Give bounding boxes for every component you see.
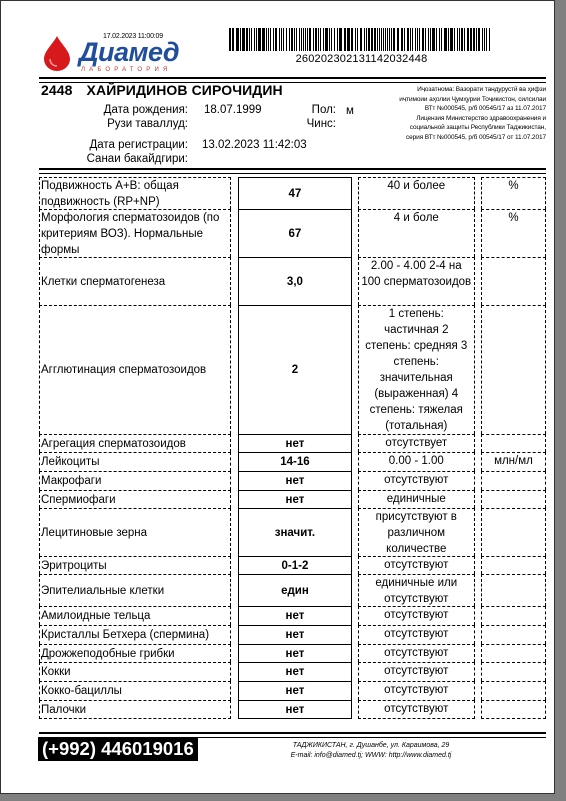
table-row: Лецитиновые зерназначит.присутствуют в р…	[39, 508, 546, 556]
table-row: Дрожжеподобные грибкинетотсутствуют	[39, 644, 546, 662]
table-row: Эпителиальные клеткиединединичные или от…	[39, 574, 546, 606]
test-name: Спермиофаги	[39, 490, 231, 508]
spacer	[231, 471, 238, 490]
test-result: нет	[238, 644, 351, 662]
unit: млн/мл	[481, 452, 546, 471]
unit	[481, 644, 546, 662]
brand-name: Диамед	[79, 39, 179, 66]
test-result: 2	[238, 305, 351, 434]
patient-id: 2448	[41, 82, 73, 98]
table-row: Агрегация сперматозоидовнетотсутствует	[39, 434, 546, 452]
test-name: Амилоидные тельца	[39, 606, 231, 625]
table-row: Лейкоциты14-160.00 - 1.00млн/мл	[39, 452, 546, 471]
test-result: нет	[238, 700, 351, 719]
license-line: социальной защиты Республики Таджикистан…	[356, 123, 546, 133]
test-name: Лецитиновые зерна	[39, 508, 231, 556]
unit	[481, 257, 546, 305]
test-name: Агрегация сперматозоидов	[39, 434, 231, 452]
spacer	[231, 556, 238, 574]
table-row: Коккинетотсутствуют	[39, 662, 546, 681]
unit	[481, 662, 546, 681]
test-result: нет	[238, 434, 351, 452]
spacer	[231, 700, 238, 719]
sex-value: м	[346, 105, 354, 117]
license-line: иҷтимоии аҳолии Ҷумҳурии Тоҷикистон, сил…	[356, 95, 546, 105]
lab-report-page: 17.02.2023 11:00:09 Диамед ЛАБОРАТОРИЯ 2…	[0, 0, 555, 794]
spacer	[231, 452, 238, 471]
reference-range: отсутствуют	[358, 606, 475, 625]
unit	[481, 305, 546, 434]
table-row: Подвижность A+B: общая подвижность (RP+N…	[39, 177, 546, 209]
test-result: нет	[238, 662, 351, 681]
birth-date-label-tj: Рузи таваллуд:	[41, 118, 188, 130]
barcode-icon	[229, 28, 494, 51]
sex-label-tj: Чинс:	[271, 118, 336, 130]
reference-range: отсутствуют	[358, 644, 475, 662]
test-name: Агглютинация сперматозоидов	[39, 305, 231, 434]
spacer	[231, 490, 238, 508]
license-line: серия ВТт №000545, р/б 00545/17 от 11.07…	[356, 133, 546, 143]
test-result: нет	[238, 490, 351, 508]
license-line: Лицензия Министерство здравоохранения и	[356, 114, 546, 124]
test-result: нет	[238, 625, 351, 644]
registration-label-tj: Санаи бакайдгири:	[41, 153, 188, 165]
table-row: Кристаллы Бетхера (спермина)нетотсутству…	[39, 625, 546, 644]
table-row: Эритроциты0-1-2отсутствуют	[39, 556, 546, 574]
barcode-number: 26020230213114203244­8	[229, 53, 494, 65]
reference-range: отсутствуют	[358, 700, 475, 719]
test-result: нет	[238, 606, 351, 625]
spacer	[231, 606, 238, 625]
license-line: Иҷозатнома: Вазорати тандурустӣ ва ҳифзи	[356, 85, 546, 95]
patient-header: 2448 ХАЙРИДИНОВ СИРОЧИДИН	[41, 82, 283, 98]
spacer	[231, 625, 238, 644]
reference-range: 1 степень: частичная 2 степень: средняя …	[358, 305, 475, 434]
test-name: Эпителиальные клетки	[39, 574, 231, 606]
unit	[481, 471, 546, 490]
reference-range: отсутствуют	[358, 662, 475, 681]
unit	[481, 434, 546, 452]
brand-subtitle: ЛАБОРАТОРИЯ	[81, 67, 172, 73]
registration-label: Дата регистрации:	[41, 139, 188, 151]
phone-number: (+992) 446019016	[38, 737, 198, 761]
reference-range: единичные	[358, 490, 475, 508]
test-result: 47	[238, 177, 351, 209]
test-name: Дрожжеподобные грибки	[39, 644, 231, 662]
spacer	[231, 508, 238, 556]
spacer	[231, 574, 238, 606]
unit	[481, 681, 546, 700]
test-result: 3,0	[238, 257, 351, 305]
spacer	[231, 209, 238, 257]
test-result: 0-1-2	[238, 556, 351, 574]
patient-name: ХАЙРИДИНОВ СИРОЧИДИН	[87, 82, 283, 98]
spacer	[231, 662, 238, 681]
spacer	[231, 681, 238, 700]
table-row: Морфология сперматозоидов (по критериям …	[39, 209, 546, 257]
blood-drop-logo-icon	[41, 35, 73, 71]
test-result: 14-16	[238, 452, 351, 471]
unit: %	[481, 209, 546, 257]
test-name: Подвижность A+B: общая подвижность (RP+N…	[39, 177, 231, 209]
license-line: ВТт №000545, р/б 00545/17 аз 11.07.2017	[356, 104, 546, 114]
reference-range: присутствуют в различном количестве	[358, 508, 475, 556]
reference-range: отсутствуют	[358, 681, 475, 700]
table-row: Амилоидные тельцанетотсутствуют	[39, 606, 546, 625]
birth-date-value: 18.07.1999	[204, 104, 262, 116]
sex-label: Пол:	[271, 104, 336, 116]
birth-date-label: Дата рождения:	[41, 104, 188, 116]
test-name: Кристаллы Бетхера (спермина)	[39, 625, 231, 644]
test-name: Кокко-бациллы	[39, 681, 231, 700]
unit	[481, 606, 546, 625]
spacer	[231, 305, 238, 434]
test-name: Эритроциты	[39, 556, 231, 574]
table-row: Клетки сперматогенеза3,02.00 - 4.00 2-4 …	[39, 257, 546, 305]
unit	[481, 490, 546, 508]
license-text: Иҷозатнома: Вазорати тандурустӣ ва ҳифзи…	[356, 85, 546, 142]
registration-datetime: 13.02.2023 11:42:03	[202, 139, 307, 151]
test-name: Кокки	[39, 662, 231, 681]
spacer	[231, 177, 238, 209]
test-result: 67	[238, 209, 351, 257]
test-name: Макрофаги	[39, 471, 231, 490]
reference-range: 2.00 - 4.00 2-4 на 100 сперматозоидов	[358, 257, 475, 305]
test-result: нет	[238, 681, 351, 700]
table-row: Макрофагинетотсутствуют	[39, 471, 546, 490]
unit	[481, 556, 546, 574]
test-name: Морфология сперматозоидов (по критериям …	[39, 209, 231, 257]
test-name: Клетки сперматогенеза	[39, 257, 231, 305]
table-row: Спермиофагинетединичные	[39, 490, 546, 508]
address-line: ТАДЖИКИСТАН, г. Душанбе, ул. Караимова, …	[251, 741, 491, 751]
reference-range: 0.00 - 1.00	[358, 452, 475, 471]
table-row: Палочкинетотсутствуют	[39, 700, 546, 719]
test-name: Палочки	[39, 700, 231, 719]
contacts-line: E-mail: info@diamed.tj; WWW: http://www.…	[251, 751, 491, 761]
test-result: един	[238, 574, 351, 606]
test-result: значит.	[238, 508, 351, 556]
spacer	[231, 644, 238, 662]
reference-range: 40 и более	[358, 177, 475, 209]
results-table: Подвижность A+B: общая подвижность (RP+N…	[39, 177, 546, 719]
address-block: ТАДЖИКИСТАН, г. Душанбе, ул. Караимова, …	[251, 741, 491, 761]
unit: %	[481, 177, 546, 209]
reference-range: отсутствуют	[358, 556, 475, 574]
reference-range: 4 и боле	[358, 209, 475, 257]
test-result: нет	[238, 471, 351, 490]
test-name: Лейкоциты	[39, 452, 231, 471]
table-row: Кокко-бациллынетотсутствуют	[39, 681, 546, 700]
reference-range: единичные или отсутствуют	[358, 574, 475, 606]
unit	[481, 508, 546, 556]
reference-range: отсутствуют	[358, 471, 475, 490]
unit	[481, 625, 546, 644]
reference-range: отсутствуют	[358, 625, 475, 644]
table-row: Агглютинация сперматозоидов21 степень: ч…	[39, 305, 546, 434]
table-top-divider	[39, 168, 546, 174]
spacer	[231, 434, 238, 452]
unit	[481, 574, 546, 606]
reference-range: отсутствует	[358, 434, 475, 452]
spacer	[231, 257, 238, 305]
unit	[481, 700, 546, 719]
